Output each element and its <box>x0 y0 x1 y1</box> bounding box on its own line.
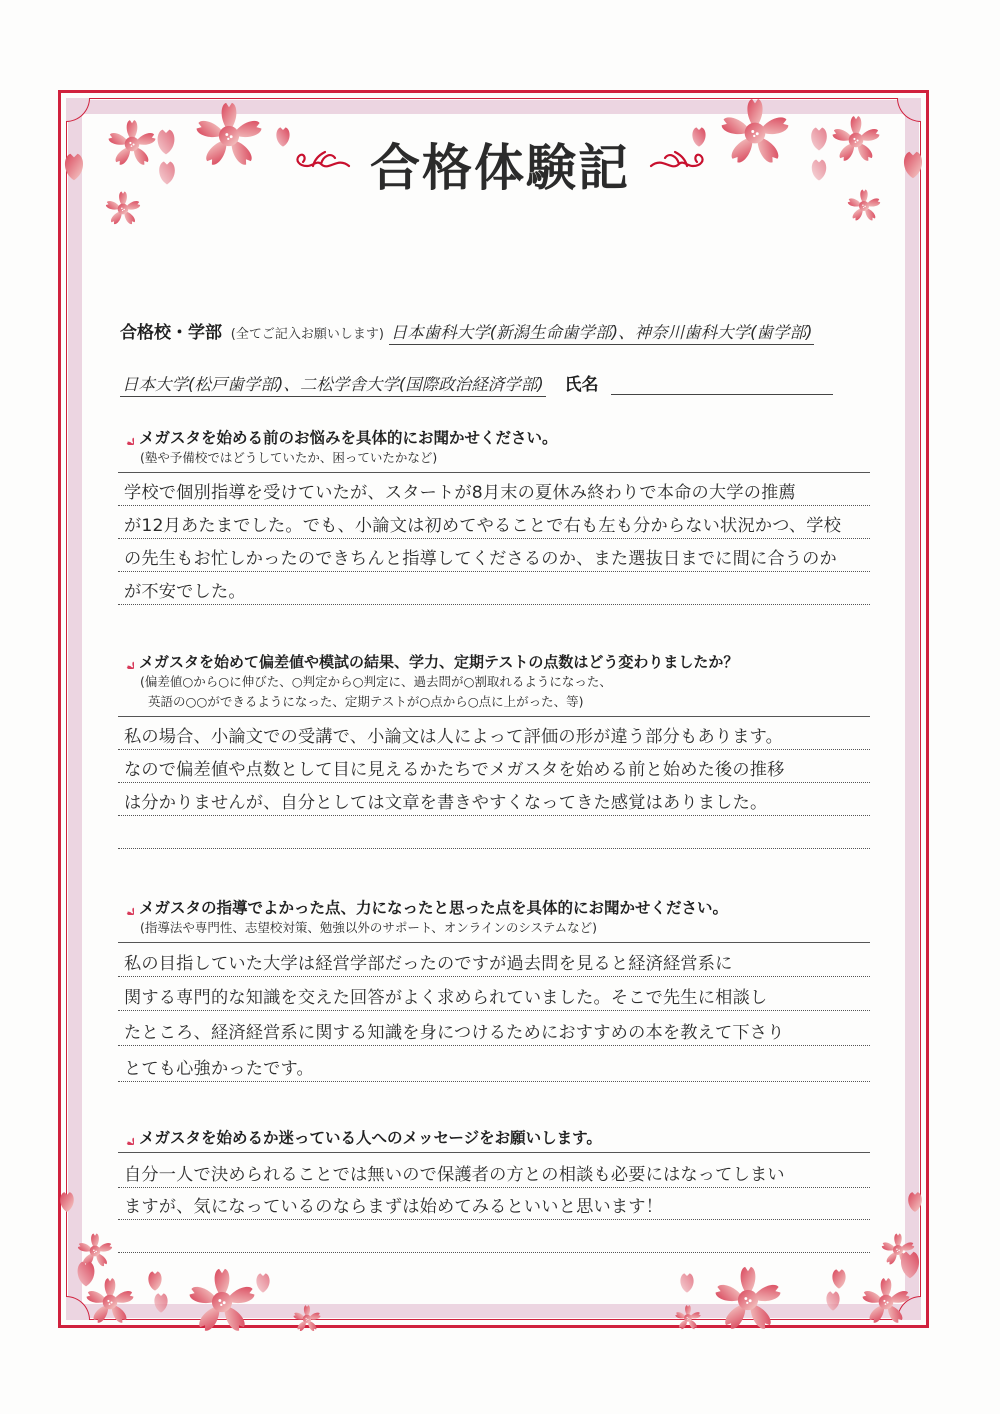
answer-line: が不安でした。 <box>118 572 870 605</box>
section-message: メガスタを始めるか迷っている人へのメッセージをお願いします。 自分一人で決められ… <box>118 1126 870 1253</box>
question-subtext: (塾や予備校ではどうしていたか、困っていたかなど) <box>118 448 870 468</box>
petal-icon <box>822 1290 844 1312</box>
answer-line: 学校で個別指導を受けていたが、スタートが8月末の夏休み終わりで本命の大学の推薦 <box>118 473 870 506</box>
petal-icon <box>150 1292 172 1314</box>
question-heading: メガスタを始めるか迷っている人へのメッセージをお願いします。 <box>118 1126 870 1148</box>
cherry-blossom-bullet-icon <box>118 899 134 915</box>
petal-icon <box>828 1268 850 1290</box>
section-good-points: メガスタの指導でよかった点、力になったと思った点を具体的にお聞かせください。 (… <box>118 896 870 1082</box>
petal-icon <box>674 1272 700 1294</box>
question-subtext: (偏差値○から○に伸びた、○判定から○判定に、過去問が○割取れるようになった、 <box>118 672 870 692</box>
cherry-blossom-bullet-icon <box>118 429 134 445</box>
page-title: 合格体験記 <box>370 128 630 200</box>
question-subtext: (指導法や専門性、志望校対策、勉強以外のサポート、オンラインのシステムなど) <box>118 918 870 938</box>
answer-line: 私の場合、小論文での受講で、小論文は人によって評価の形が違う部分もあります。 <box>118 717 870 750</box>
answer-line: 私の目指していた大学は経営学部だったのですが過去問を見ると経済経営系に <box>118 943 870 977</box>
school-value-line-1[interactable]: 日本歯科大学(新潟生命歯学部)、神奈川歯科大学(歯学部) <box>389 323 815 345</box>
flourish-left-icon <box>291 148 351 180</box>
answer-area[interactable]: 自分一人で決められることでは無いので保護者の方との相談も必要にはなってしまい ま… <box>118 1153 870 1253</box>
cherry-blossom-bullet-icon <box>118 653 134 669</box>
school-value-line-2[interactable]: 日本大学(松戸歯学部)、二松学舎大学(国際政治経済学部) <box>120 375 546 397</box>
answer-area[interactable]: 私の目指していた大学は経営学部だったのですが過去問を見ると経済経営系に 関する専… <box>118 943 870 1082</box>
petal-icon <box>906 1190 924 1214</box>
answer-line: の先生もお忙しかったのできちんと指導してくださるのか、また選抜日までに間に合うの… <box>118 539 870 572</box>
answer-line <box>118 1220 870 1253</box>
question-heading: メガスタを始めて偏差値や模試の結果、学力、定期テストの点数はどう変わりましたか？ <box>118 650 870 672</box>
question-heading: メガスタの指導でよかった点、力になったと思った点を具体的にお聞かせください。 <box>118 896 870 918</box>
school-field-row-2: 日本大学(松戸歯学部)、二松学舎大学(国際政治経済学部) 氏名 <box>120 370 833 395</box>
petal-icon <box>250 1272 276 1294</box>
answer-line: なので偏差値や点数として目に見えるかたちでメガスタを始める前と始めた後の推移 <box>118 750 870 783</box>
title-area: 合格体験記 <box>0 128 1000 200</box>
cherry-blossom-icon <box>292 1304 322 1334</box>
answer-line: 関する専門的な知識を交えた回答がよく求められていました。そこで先生に相談し <box>118 977 870 1011</box>
name-label: 氏名 <box>565 375 599 395</box>
answer-line: 自分一人で決められることでは無いので保護者の方との相談も必要にはなってしまい <box>118 1153 870 1188</box>
answer-line: ますが、気になっているのならまずは始めてみるといいと思います！ <box>118 1188 870 1220</box>
petal-icon <box>894 1250 926 1280</box>
cherry-blossom-icon <box>186 1266 258 1338</box>
answer-line: が12月あたまでした。でも、小論文は初めてやることで右も左も分からない状況かつ、… <box>118 506 870 539</box>
answer-area[interactable]: 私の場合、小論文での受講で、小論文は人によって評価の形が違う部分もあります。 な… <box>118 717 870 849</box>
section-score-change: メガスタを始めて偏差値や模試の結果、学力、定期テストの点数はどう変わりましたか？… <box>118 650 870 849</box>
cherry-blossom-icon <box>712 1264 784 1336</box>
answer-line <box>118 816 870 849</box>
answer-line: とても心強かったです。 <box>118 1046 870 1082</box>
cherry-blossom-icon <box>84 1276 136 1328</box>
school-note: (全てご記入お願いします) <box>231 327 384 342</box>
answer-area[interactable]: 学校で個別指導を受けていたが、スタートが8月末の夏休み終わりで本命の大学の推薦 … <box>118 473 870 605</box>
answer-line: たところ、経済経営系に関する知識を身につけるためにおすすめの本を教えて下さり <box>118 1011 870 1046</box>
petal-icon <box>58 1190 76 1214</box>
school-field-row: 合格校・学部 (全てご記入お願いします) 日本歯科大学(新潟生命歯学部)、神奈川… <box>120 318 814 343</box>
petal-icon <box>144 1270 166 1292</box>
name-field[interactable] <box>611 374 833 395</box>
question-subtext: 英語の○○ができるようになった、定期テストが○点から○点に上がった、等) <box>118 692 870 712</box>
section-worries: メガスタを始める前のお悩みを具体的にお聞かせください。 (塾や予備校ではどうして… <box>118 426 870 605</box>
answer-line: は分かりませんが、自分としては文章を書きやすくなってきた感覚はありました。 <box>118 783 870 816</box>
cherry-blossom-icon <box>860 1276 912 1328</box>
cherry-blossom-icon <box>674 1304 702 1332</box>
cherry-blossom-bullet-icon <box>118 1129 134 1145</box>
question-heading: メガスタを始める前のお悩みを具体的にお聞かせください。 <box>118 426 870 448</box>
flourish-right-icon <box>649 148 709 180</box>
school-label: 合格校・学部 <box>120 323 222 343</box>
